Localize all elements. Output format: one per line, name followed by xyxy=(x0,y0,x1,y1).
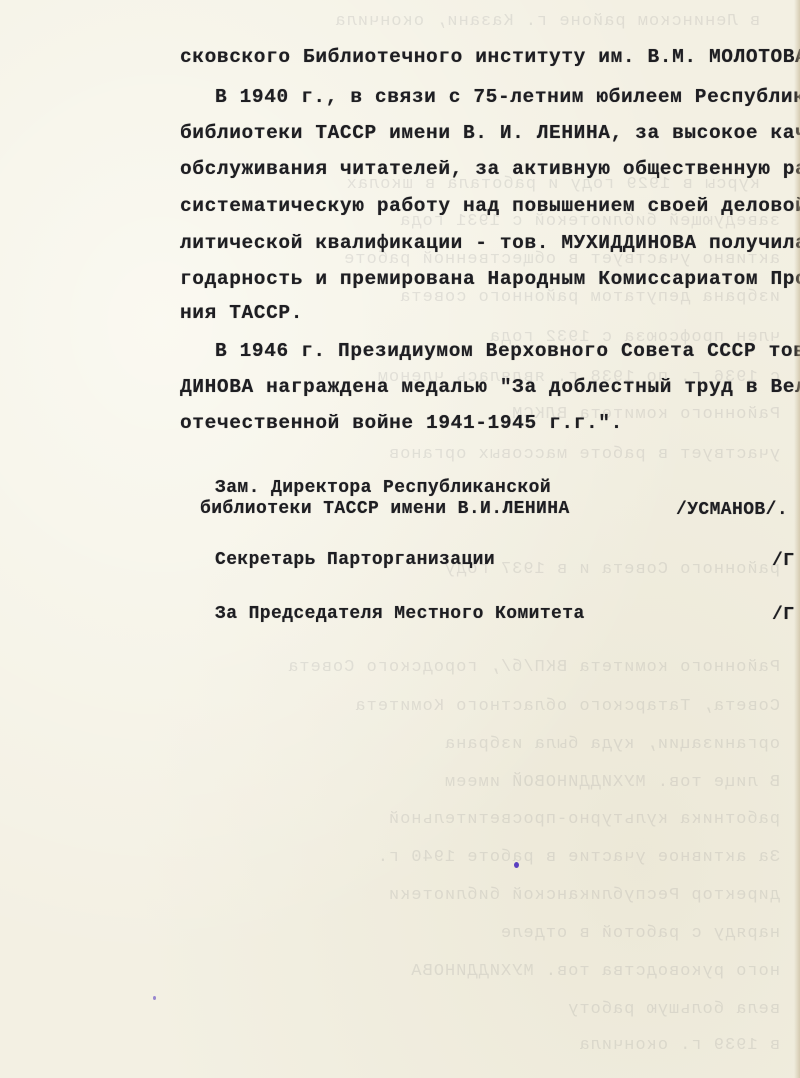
document-text-line: ДИНОВА награждена медалью "За доблестный… xyxy=(180,376,800,398)
bleed-line: В лице тов. МУХИДДИНОВОЙ имеем xyxy=(444,773,780,792)
bleed-line: организации, куда была избрана xyxy=(444,735,780,754)
ink-speck xyxy=(514,862,519,868)
document-text-line: В 1940 г., в связи с 75-летним юбилеем Р… xyxy=(215,86,800,108)
page-edge xyxy=(794,0,800,1078)
document-text-line: ния ТАССР. xyxy=(180,302,303,324)
document-text-line: отечественной войне 1941-1945 г.г.". xyxy=(180,412,623,434)
bleed-line: наряду с работой в отделе xyxy=(500,924,780,943)
bleed-line: директор Республиканской библиотеки xyxy=(388,886,780,905)
bleed-line: участвует в работе массовых органов xyxy=(388,445,780,464)
ink-speck xyxy=(153,996,156,1000)
bleed-line: в 1939 г. окончила xyxy=(578,1036,780,1055)
signature-title-line: За Председателя Местного Комитета xyxy=(215,604,585,624)
document-text-line: обслуживания читателей, за активную обще… xyxy=(180,158,800,180)
bleed-line: вела большую работу xyxy=(567,1000,780,1019)
document-text-line: годарность и премирована Народным Комисс… xyxy=(180,268,800,290)
document-text-line: сковского Библиотечного институту им. В.… xyxy=(180,46,800,68)
signature-title-line: Зам. Директора Республиканской xyxy=(215,478,551,498)
bleed-line: в Ленинском районе г. Казани, окончила xyxy=(334,12,760,31)
bleed-line: избрана депутатом районного совета xyxy=(399,288,780,307)
signature-title-line: библиотеки ТАССР имени В.И.ЛЕНИНА xyxy=(200,499,570,519)
document-text-line: библиотеки ТАССР имени В. И. ЛЕНИНА, за … xyxy=(180,122,800,144)
signature-name: /Г xyxy=(772,605,794,625)
scanned-document-page: в Ленинском районе г. Казани, окончила к… xyxy=(0,0,800,1078)
document-text-line: систематическую работу над повышением св… xyxy=(180,195,800,217)
signature-name: /Г xyxy=(772,551,794,571)
signature-title-line: Секретарь Парторганизации xyxy=(215,550,495,570)
bleed-line: Совета, Татарского областного Комитета xyxy=(354,697,780,716)
bleed-line: За активное участие в работе 1940 г. xyxy=(377,848,780,867)
bleed-line: работника культурно-просветительной xyxy=(388,810,780,829)
document-text-line: литической квалификации - тов. МУХИДДИНО… xyxy=(180,232,800,254)
signature-name: /УСМАНОВ/. xyxy=(676,500,788,520)
bleed-line: ного руководства тов. МУХИДДИНОВА xyxy=(410,962,780,981)
bleed-line: Районного комитета ВКП/б/, городского Со… xyxy=(287,658,780,677)
document-text-line: В 1946 г. Президиумом Верховного Совета … xyxy=(215,340,800,362)
